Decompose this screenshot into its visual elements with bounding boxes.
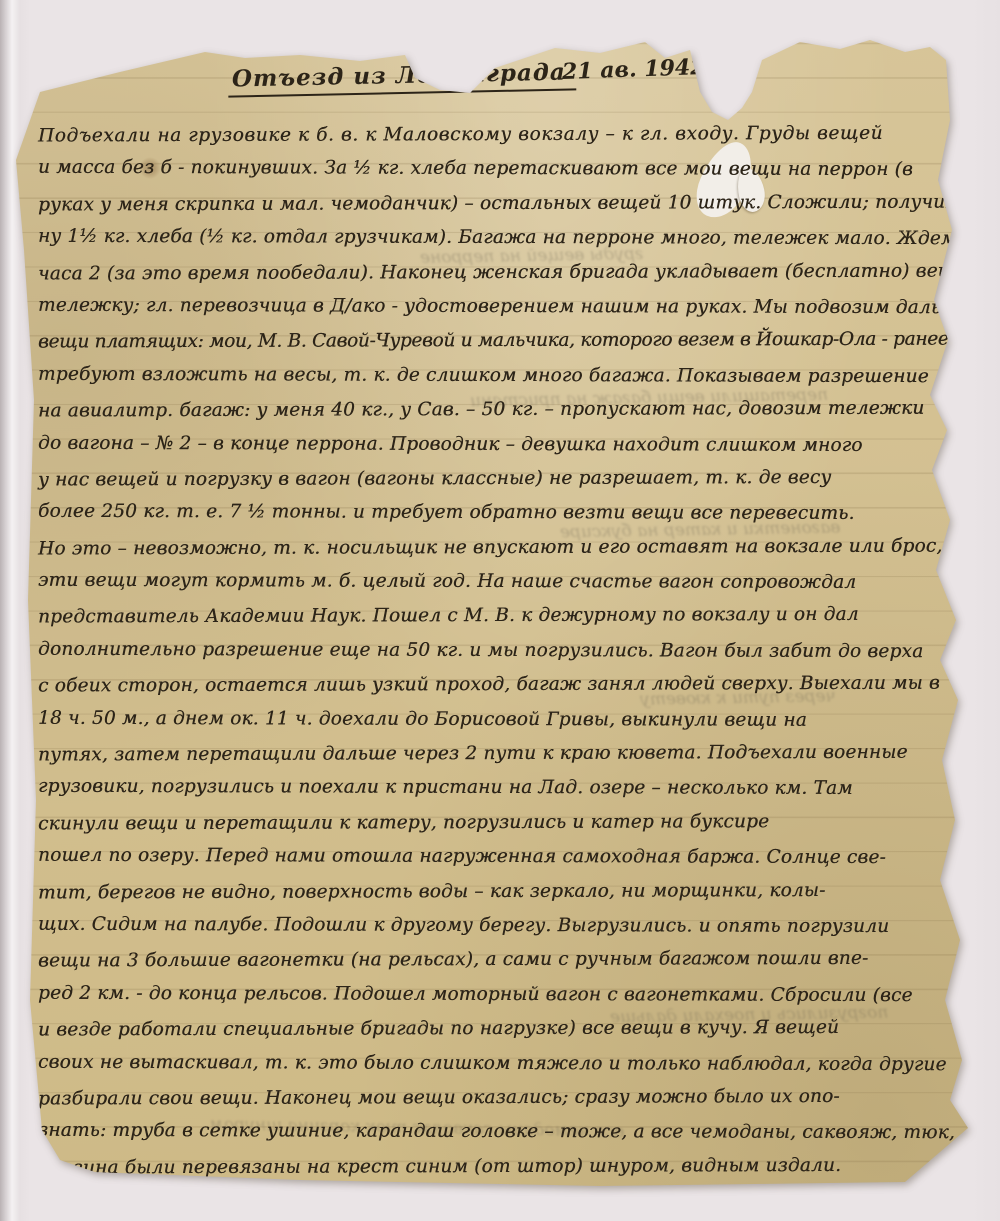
manuscript-lines: Подъехали на грузовике к б. в. к Маловск…: [38, 118, 972, 1184]
manuscript-line: требуют взложить на весы, т. к. де слишк…: [38, 358, 972, 395]
page-title: Отъезд из Ленинграда: [228, 58, 576, 97]
manuscript-line: с обеих сторон, остается лишь узкий прох…: [38, 667, 972, 704]
manuscript-line: Но это – невозможно, т. к. носильщик не …: [38, 529, 972, 566]
manuscript-line: тит, берегов не видно, поверхность воды …: [38, 873, 972, 910]
manuscript-line: тележку; гл. перевозчица в Д/ако - удост…: [38, 289, 972, 326]
manuscript-line: ред 2 км. - до конца рельсов. Подошел мо…: [38, 977, 972, 1014]
manuscript-line: у нас вещей и погрузку в вагон (вагоны к…: [38, 460, 972, 497]
manuscript-line: ну 1½ кг. хлеба (½ кг. отдал грузчикам).…: [38, 220, 972, 257]
scan-background: перетащили вещи багаж на пристанивагонет…: [0, 0, 1000, 1221]
manuscript-line: разбирали свои вещи. Наконец мои вещи ок…: [38, 1079, 972, 1116]
manuscript-line: грузовики, погрузились и поехали к прист…: [38, 770, 972, 807]
manuscript-line: путях, затем перетащили дальше через 2 п…: [38, 736, 972, 773]
manuscript-line: своих не вытаскивал, т. к. это было слиш…: [38, 1045, 972, 1082]
manuscript-line: щих. Сидим на палубе. Подошли к другому …: [38, 908, 972, 945]
manuscript-line: более 250 кг. т. е. 7 ½ тонны. и требует…: [38, 495, 972, 532]
manuscript-line: 18 ч. 50 м., а днем ок. 11 ч. доехали до…: [38, 701, 972, 738]
manuscript-line: знать: труба в сетке ушиние, карандаш го…: [38, 1114, 972, 1151]
manuscript-line: и масса без б - покинувших. За ½ кг. хле…: [38, 151, 972, 188]
manuscript-line: до вагона – № 2 – в конце перрона. Прово…: [38, 426, 972, 463]
manuscript-line: вещи на 3 большие вагонетки (на рельсах)…: [38, 942, 972, 979]
manuscript-line: и везде работали специальные бригады по …: [38, 1011, 972, 1048]
manuscript-line: дополнительно разрешение еще на 50 кг. и…: [38, 633, 972, 670]
manuscript-line: на авиалитр. багаж: у меня 40 кг., у Сав…: [38, 392, 972, 429]
manuscript-line: пошел по озеру. Перед нами отошла нагруж…: [38, 839, 972, 876]
manuscript-line: Подъехали на грузовике к б. в. к Маловск…: [38, 117, 972, 154]
manuscript-line: часа 2 (за это время пообедали). Наконец…: [38, 254, 972, 291]
manuscript-line: скинули вещи и перетащили к катеру, погр…: [38, 804, 972, 841]
manuscript-page: перетащили вещи багаж на пристанивагонет…: [0, 0, 1000, 1221]
header-row: Отъезд из Ленинграда 21 ав. 1942 г. 2: [0, 54, 1000, 100]
manuscript-line: вещи платящих: мои, М. В. Савой-Чуревой …: [38, 323, 972, 360]
manuscript-line: руках у меня скрипка и мал. чемоданчик) …: [38, 185, 972, 222]
paper-sheet: перетащили вещи багаж на пристанивагонет…: [0, 0, 1000, 1221]
page-number: 2: [724, 65, 747, 102]
manuscript-line: представитель Академии Наук. Пошел с М. …: [38, 598, 972, 635]
manuscript-line: корзина были перевязаны на крест синим (…: [38, 1148, 972, 1185]
page-date: 21 ав. 1942 г.: [562, 53, 734, 85]
manuscript-line: эти вещи могут кормить м. б. целый год. …: [38, 564, 972, 601]
